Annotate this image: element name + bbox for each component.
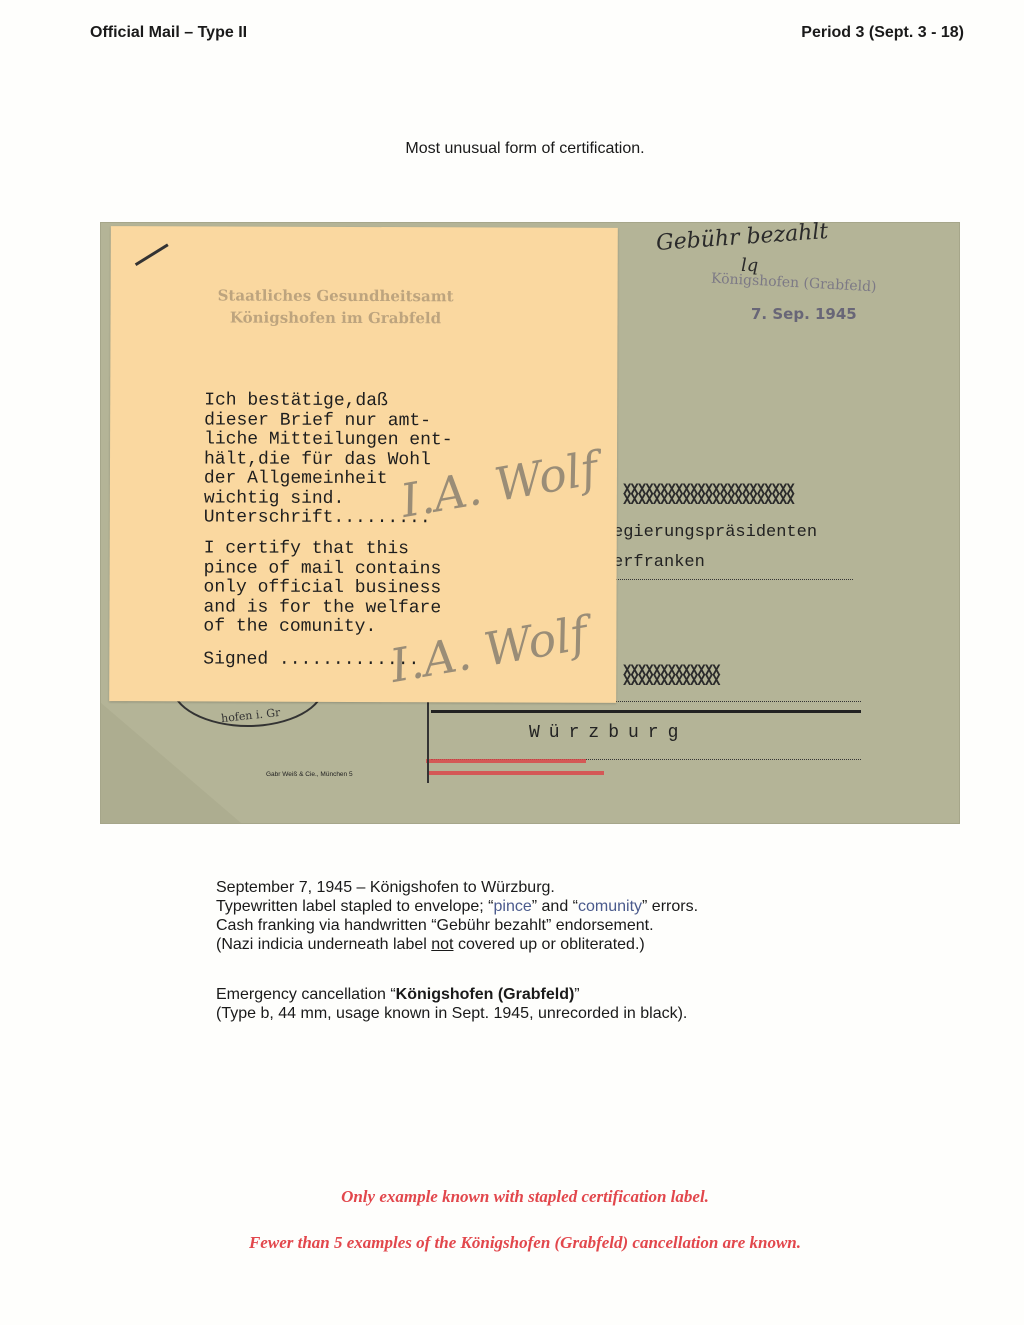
address-line-1: egierungspräsidenten <box>613 523 817 542</box>
red-crayon-line-1 <box>426 759 586 763</box>
page-subtitle: Most unusual form of certification. <box>0 140 1024 158</box>
rarity-note-2: Fewer than 5 examples of the Königshofen… <box>0 1233 1024 1253</box>
cancellation-line-2: (Type b, 44 mm, usage known in Sept. 194… <box>216 1004 687 1023</box>
description-line-1: September 7, 1945 – Königshofen to Würzb… <box>216 878 698 897</box>
description-block: September 7, 1945 – Königshofen to Würzb… <box>216 878 698 954</box>
envelope-divider <box>427 693 429 783</box>
destination-city: Würzburg <box>529 723 687 743</box>
cancellation-text: Königshofen (Grabfeld) <box>711 271 877 296</box>
description-line-4: (Nazi indicia underneath label not cover… <box>216 935 698 954</box>
english-certification: I certify that this pince of mail contai… <box>203 539 441 637</box>
error-word-pince: pince <box>494 898 532 915</box>
page-header-title: Official Mail – Type II <box>90 24 247 42</box>
description-line-3: Cash franking via handwritten “Gebühr be… <box>216 916 698 935</box>
address-dotline-1 <box>613 579 853 580</box>
description-line-2: Typewritten label stapled to envelope; “… <box>216 897 698 916</box>
cancellation-date: 7. Sep. 1945 <box>751 305 857 323</box>
seal-line-1: Staatliches Gesundheitsamt <box>206 284 466 307</box>
cancellation-line-1: Emergency cancellation “Königshofen (Gra… <box>216 985 687 1004</box>
signed-line: Signed ............. <box>203 650 419 670</box>
obliterated-line-1b: XXXXXXXXXXXXXXXXXXXXXXX <box>623 495 794 505</box>
error-word-comunity: comunity <box>578 898 642 915</box>
printer-imprint: Gabr Weiß & Cie., München 5 <box>266 771 353 778</box>
address-line-2: erfranken <box>613 553 705 572</box>
office-seal: Staatliches Gesundheitsamt Königshofen i… <box>205 284 465 329</box>
address-solidline <box>431 710 861 713</box>
obliterated-line-2b: XXXXXXXXXXXXX <box>623 676 720 686</box>
rarity-note-1: Only example known with stapled certific… <box>0 1187 1024 1207</box>
certification-label: Staatliches Gesundheitsamt Königshofen i… <box>109 226 618 703</box>
cancellation-description: Emergency cancellation “Königshofen (Gra… <box>216 985 687 1023</box>
staple-icon <box>135 243 169 266</box>
red-crayon-line-2 <box>429 771 604 775</box>
page-header-period: Period 3 (Sept. 3 - 18) <box>801 24 964 42</box>
seal-line-2: Königshofen im Grabfeld <box>205 306 465 329</box>
handwritten-endorsement: Gebühr bezahlt <box>655 219 829 256</box>
